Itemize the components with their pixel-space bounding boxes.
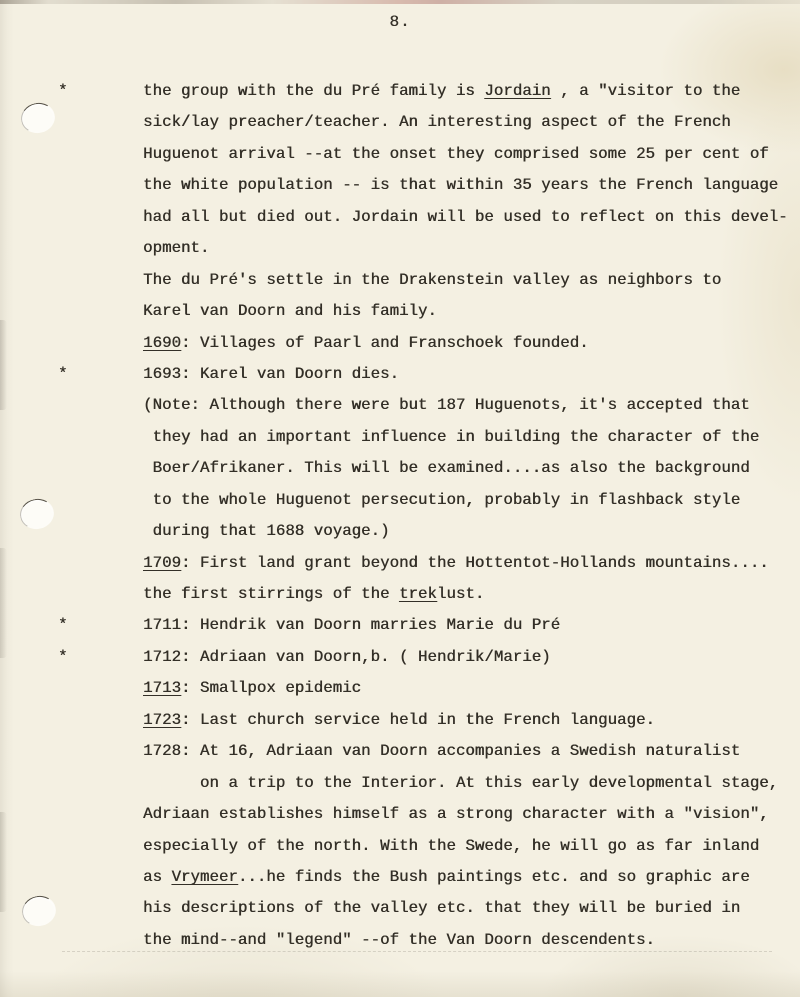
text-line: had all but died out. Jordain will be us…	[143, 202, 793, 233]
paper-edge-smudge	[0, 812, 7, 912]
underlined-text: 1709	[143, 554, 181, 572]
text-segment: to the whole Huguenot persecution, proba…	[143, 491, 740, 509]
text-line: Karel van Doorn and his family.	[143, 296, 793, 327]
text-segment: the white population -- is that within 3…	[143, 176, 778, 194]
text-segment: (Note: Although there were but 187 Hugue…	[143, 396, 750, 414]
text-segment: the mind--and "legend" --of the Van Door…	[143, 931, 655, 949]
text-segment: ...he finds the Bush paintings etc. and …	[238, 868, 750, 886]
text-line: 1713: Smallpox epidemic	[143, 673, 793, 704]
text-line: they had an important influence in build…	[143, 422, 793, 453]
text-segment: the first stirrings of the	[143, 585, 399, 603]
underlined-text: Vrymeer	[171, 868, 237, 886]
text-line: *1693: Karel van Doorn dies.	[143, 359, 793, 390]
text-line: 1709: First land grant beyond the Hotten…	[143, 548, 793, 579]
underlined-text: 1713	[143, 679, 181, 697]
text-segment: Adriaan establishes himself as a strong …	[143, 805, 769, 823]
text-segment: lust.	[437, 585, 484, 603]
text-line: sick/lay preacher/teacher. An interestin…	[143, 107, 793, 138]
text-segment: sick/lay preacher/teacher. An interestin…	[143, 113, 731, 131]
text-segment: 1728: At 16, Adriaan van Doorn accompani…	[143, 742, 740, 760]
text-line: Adriaan establishes himself as a strong …	[143, 799, 793, 830]
text-line: Huguenot arrival --at the onset they com…	[143, 139, 793, 170]
page-number: 8.	[0, 13, 800, 31]
text-segment: the group with the du Pré family is	[143, 82, 484, 100]
text-segment: they had an important influence in build…	[143, 428, 759, 446]
text-segment: Karel van Doorn and his family.	[143, 302, 437, 320]
text-line: as Vrymeer...he finds the Bush paintings…	[143, 862, 793, 893]
text-segment: had all but died out. Jordain will be us…	[143, 208, 788, 226]
punch-hole	[19, 893, 58, 929]
text-line: *the group with the du Pré family is Jor…	[143, 76, 793, 107]
text-segment: : Last church service held in the French…	[181, 711, 655, 729]
text-segment: 1711: Hendrik van Doorn marries Marie du…	[143, 616, 560, 634]
punch-hole	[17, 496, 56, 532]
text-line: his descriptions of the valley etc. that…	[143, 893, 793, 924]
underlined-text: 1723	[143, 711, 181, 729]
text-segment: especially of the north. With the Swede,…	[143, 837, 759, 855]
text-segment: during that 1688 voyage.)	[143, 522, 389, 540]
text-segment: 1712: Adriaan van Doorn,b. ( Hendrik/Mar…	[143, 648, 551, 666]
underlined-text: Jordain	[484, 82, 550, 100]
text-segment: 1693: Karel van Doorn dies.	[143, 365, 399, 383]
underlined-text: trek	[399, 585, 437, 603]
text-line: The du Pré's settle in the Drakenstein v…	[143, 265, 793, 296]
text-line: the first stirrings of the treklust.	[143, 579, 793, 610]
text-line: (Note: Although there were but 187 Hugue…	[143, 390, 793, 421]
scanned-typescript-page: 8. *the group with the du Pré family is …	[0, 0, 800, 997]
text-segment: Boer/Afrikaner. This will be examined...…	[143, 459, 750, 477]
text-segment: , a "visitor to the	[551, 82, 741, 100]
text-line: 1728: At 16, Adriaan van Doorn accompani…	[143, 736, 793, 767]
margin-asterisk: *	[58, 76, 67, 107]
text-line: to the whole Huguenot persecution, proba…	[143, 485, 793, 516]
punch-hole	[18, 100, 57, 136]
paper-edge-smudge	[0, 548, 7, 658]
text-line: the mind--and "legend" --of the Van Door…	[143, 925, 793, 956]
text-line: 1723: Last church service held in the Fr…	[143, 705, 793, 736]
text-segment: : Smallpox epidemic	[181, 679, 361, 697]
text-line: Boer/Afrikaner. This will be examined...…	[143, 453, 793, 484]
text-line: the white population -- is that within 3…	[143, 170, 793, 201]
text-line: especially of the north. With the Swede,…	[143, 831, 793, 862]
text-segment: The du Pré's settle in the Drakenstein v…	[143, 271, 721, 289]
margin-asterisk: *	[58, 642, 67, 673]
text-line: *1712: Adriaan van Doorn,b. ( Hendrik/Ma…	[143, 642, 793, 673]
text-segment: on a trip to the Interior. At this early…	[143, 774, 778, 792]
text-line: on a trip to the Interior. At this early…	[143, 768, 793, 799]
text-segment: : First land grant beyond the Hottentot-…	[181, 554, 769, 572]
paper-edge-smudge	[0, 320, 7, 410]
typewritten-text-block: *the group with the du Pré family is Jor…	[143, 76, 793, 956]
margin-asterisk: *	[58, 359, 67, 390]
paper-top-edge	[0, 0, 800, 4]
underlined-text: 1690	[143, 334, 181, 352]
text-line: opment.	[143, 233, 793, 264]
text-segment: Huguenot arrival --at the onset they com…	[143, 145, 769, 163]
text-segment: his descriptions of the valley etc. that…	[143, 899, 740, 917]
text-segment: as	[143, 868, 171, 886]
margin-asterisk: *	[58, 610, 67, 641]
text-line: *1711: Hendrik van Doorn marries Marie d…	[143, 610, 793, 641]
text-segment: opment.	[143, 239, 209, 257]
text-line: 1690: Villages of Paarl and Franschoek f…	[143, 328, 793, 359]
text-segment: : Villages of Paarl and Franschoek found…	[181, 334, 589, 352]
text-line: during that 1688 voyage.)	[143, 516, 793, 547]
